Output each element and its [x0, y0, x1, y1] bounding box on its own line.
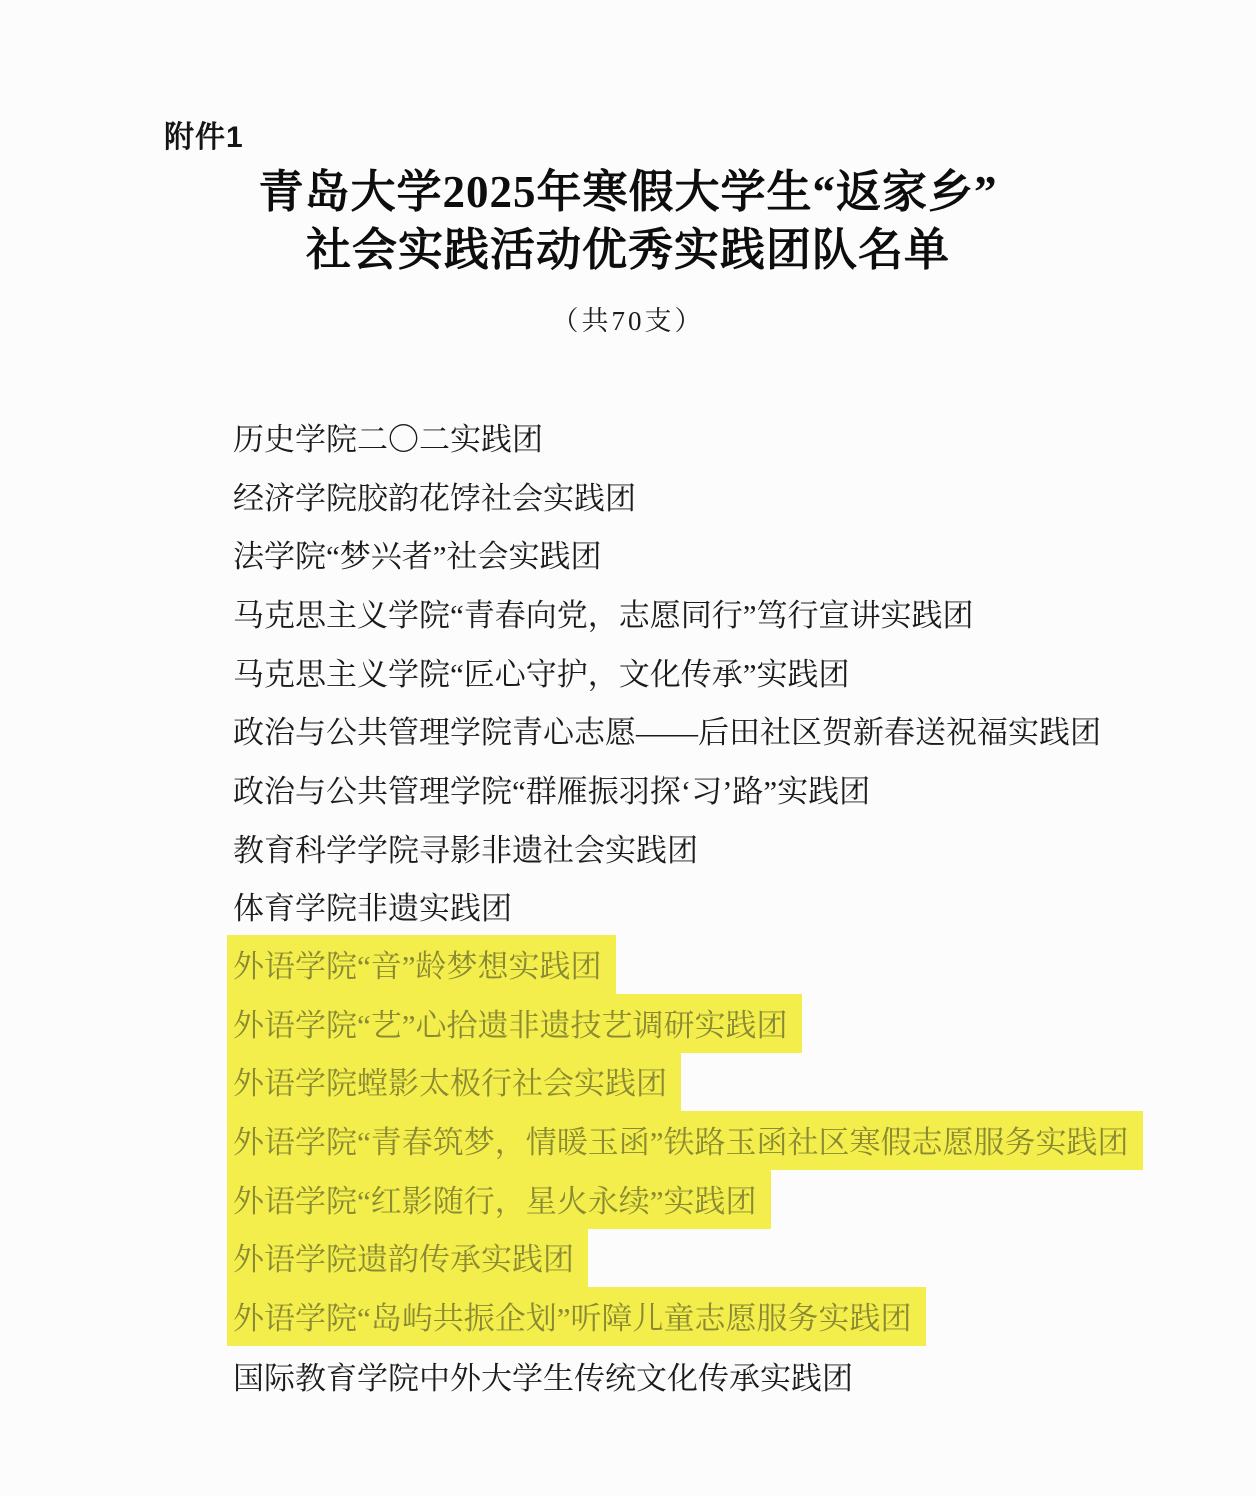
- team-list-item: 马克思主义学院“青春向党，志愿同行”笃行宣讲实践团: [233, 583, 1226, 642]
- team-name: 教育科学学院寻影非遗社会实践团: [233, 825, 698, 870]
- team-list-item: 外语学院“岛屿共振企划”听障儿童志愿服务实践团: [233, 1287, 1226, 1346]
- team-list-item: 政治与公共管理学院“群雁振羽探‘习’路”实践团: [233, 759, 1226, 818]
- team-list-item: 外语学院“青春筑梦，情暖玉函”铁路玉函社区寒假志愿服务实践团: [233, 1111, 1226, 1170]
- team-name-highlighted: 外语学院“岛屿共振企划”听障儿童志愿服务实践团: [227, 1287, 926, 1346]
- team-count: （共70支）: [0, 299, 1256, 338]
- team-name-highlighted: 外语学院遗韵传承实践团: [227, 1228, 588, 1287]
- team-list: 历史学院二〇二实践团经济学院胶韵花饽社会实践团法学院“梦兴者”社会实践团马克思主…: [233, 407, 1226, 1405]
- team-list-item: 教育科学学院寻影非遗社会实践团: [233, 818, 1226, 877]
- team-list-item: 体育学院非遗实践团: [233, 877, 1226, 936]
- team-name: 马克思主义学院“匠心守护，文化传承”实践团: [233, 649, 850, 694]
- team-name: 国际教育学院中外大学生传统文化传承实践团: [233, 1353, 853, 1398]
- document-page: 附件1 青岛大学2025年寒假大学生“返家乡” 社会实践活动优秀实践团队名单 （…: [0, 0, 1256, 1496]
- document-title-line2: 社会实践活动优秀实践团队名单: [0, 221, 1256, 279]
- team-name: 体育学院非遗实践团: [233, 883, 512, 928]
- team-name: 政治与公共管理学院“群雁振羽探‘习’路”实践团: [233, 766, 870, 811]
- team-list-item: 经济学院胶韵花饽社会实践团: [233, 466, 1226, 525]
- team-name-highlighted: 外语学院螳影太极行社会实践团: [227, 1052, 681, 1111]
- team-name: 历史学院二〇二实践团: [233, 414, 543, 459]
- team-list-item: 外语学院“音”龄梦想实践团: [233, 935, 1226, 994]
- team-list-item: 外语学院“艺”心拾遗非遗技艺调研实践团: [233, 994, 1226, 1053]
- team-name-highlighted: 外语学院“艺”心拾遗非遗技艺调研实践团: [227, 994, 802, 1053]
- team-name: 政治与公共管理学院青心志愿——后田社区贺新春送祝福实践团: [233, 707, 1101, 752]
- document-title: 青岛大学2025年寒假大学生“返家乡” 社会实践活动优秀实践团队名单: [0, 163, 1256, 279]
- team-list-item: 国际教育学院中外大学生传统文化传承实践团: [233, 1346, 1226, 1405]
- team-name: 经济学院胶韵花饽社会实践团: [233, 473, 636, 518]
- attachment-label: 附件1: [164, 112, 244, 156]
- team-name-highlighted: 外语学院“红影随行，星火永续”实践团: [227, 1170, 771, 1229]
- team-list-item: 外语学院“红影随行，星火永续”实践团: [233, 1170, 1226, 1229]
- team-name-highlighted: 外语学院“音”龄梦想实践团: [227, 935, 616, 994]
- team-list-item: 外语学院螳影太极行社会实践团: [233, 1053, 1226, 1112]
- team-list-item: 历史学院二〇二实践团: [233, 407, 1226, 466]
- team-list-item: 外语学院遗韵传承实践团: [233, 1229, 1226, 1288]
- team-list-item: 法学院“梦兴者”社会实践团: [233, 524, 1226, 583]
- document-title-line1: 青岛大学2025年寒假大学生“返家乡”: [0, 163, 1256, 221]
- team-name: 马克思主义学院“青春向党，志愿同行”笃行宣讲实践团: [233, 590, 974, 635]
- team-name: 法学院“梦兴者”社会实践团: [233, 531, 602, 576]
- team-list-item: 马克思主义学院“匠心守护，文化传承”实践团: [233, 642, 1226, 701]
- team-list-item: 政治与公共管理学院青心志愿——后田社区贺新春送祝福实践团: [233, 700, 1226, 759]
- team-name-highlighted: 外语学院“青春筑梦，情暖玉函”铁路玉函社区寒假志愿服务实践团: [227, 1111, 1143, 1170]
